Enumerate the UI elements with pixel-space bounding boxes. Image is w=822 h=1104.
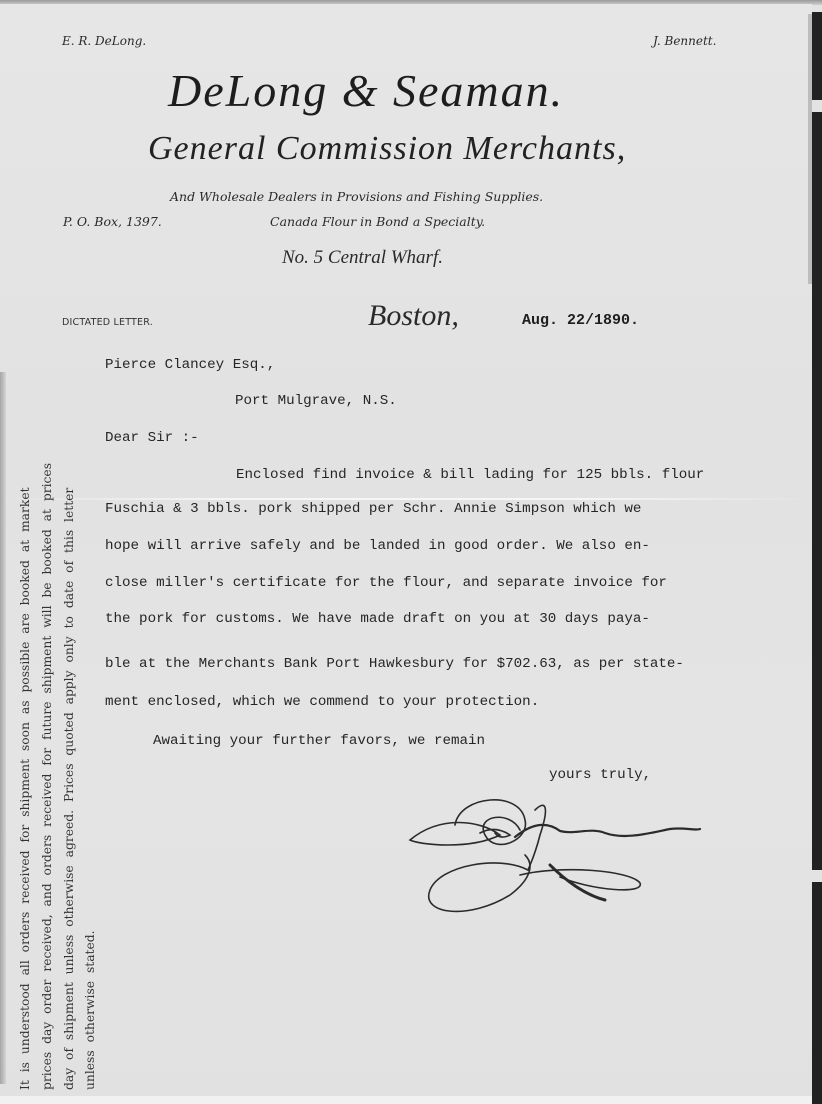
recipient-address: Port Mulgrave, N.S. [235, 393, 397, 409]
paper-edge-shadow [0, 372, 6, 1084]
terms-line: unless otherwise stated. [80, 463, 102, 1090]
firm-description: General Commission Merchants, [148, 130, 626, 168]
dictated-letter-label: DICTATED LETTER. [62, 317, 153, 328]
body-line: close miller's certificate for the flour… [105, 575, 667, 591]
closing-line: Awaiting your further favors, we remain [153, 733, 485, 749]
terms-notice: It is understood all orders received for… [15, 463, 102, 1090]
specialty-line: Canada Flour in Bond a Specialty. [270, 214, 485, 229]
firm-name: DeLong & Seaman. [168, 64, 564, 117]
paper-edge-shadow [808, 14, 812, 284]
recipient-name: Pierce Clancey Esq., [105, 357, 275, 373]
body-line: Fuschia & 3 bbls. pork shipped per Schr.… [105, 501, 641, 517]
scanner-edge [812, 882, 822, 1104]
body-line: hope will arrive safely and be landed in… [105, 538, 650, 554]
body-line: Enclosed find invoice & bill lading for … [236, 467, 704, 483]
city: Boston, [368, 299, 459, 333]
terms-line: It is understood all orders received for… [15, 463, 37, 1090]
handwritten-signature [400, 795, 720, 925]
paper-fold-line [0, 498, 812, 500]
terms-line: day of shipment unless otherwise agreed.… [59, 463, 81, 1090]
partner-name-left: E. R. DeLong. [62, 34, 146, 48]
salutation: Dear Sir :- [105, 430, 199, 446]
body-line: ment enclosed, which we commend to your … [105, 694, 539, 710]
scan-bottom-edge [0, 1096, 812, 1104]
body-line: the pork for customs. We have made draft… [105, 611, 650, 627]
terms-line: prices day order received, and orders re… [37, 463, 59, 1090]
valediction: yours truly, [549, 767, 651, 783]
dealers-line: And Wholesale Dealers in Provisions and … [170, 189, 543, 204]
partner-name-right: J. Bennett. [653, 34, 716, 48]
po-box: P. O. Box, 1397. [63, 214, 162, 229]
scanner-edge [812, 12, 822, 100]
letter-date: Aug. 22/1890. [522, 312, 639, 329]
scanner-edge [812, 112, 822, 870]
body-line: ble at the Merchants Bank Port Hawkesbur… [105, 656, 684, 672]
street-address: No. 5 Central Wharf. [282, 247, 443, 269]
